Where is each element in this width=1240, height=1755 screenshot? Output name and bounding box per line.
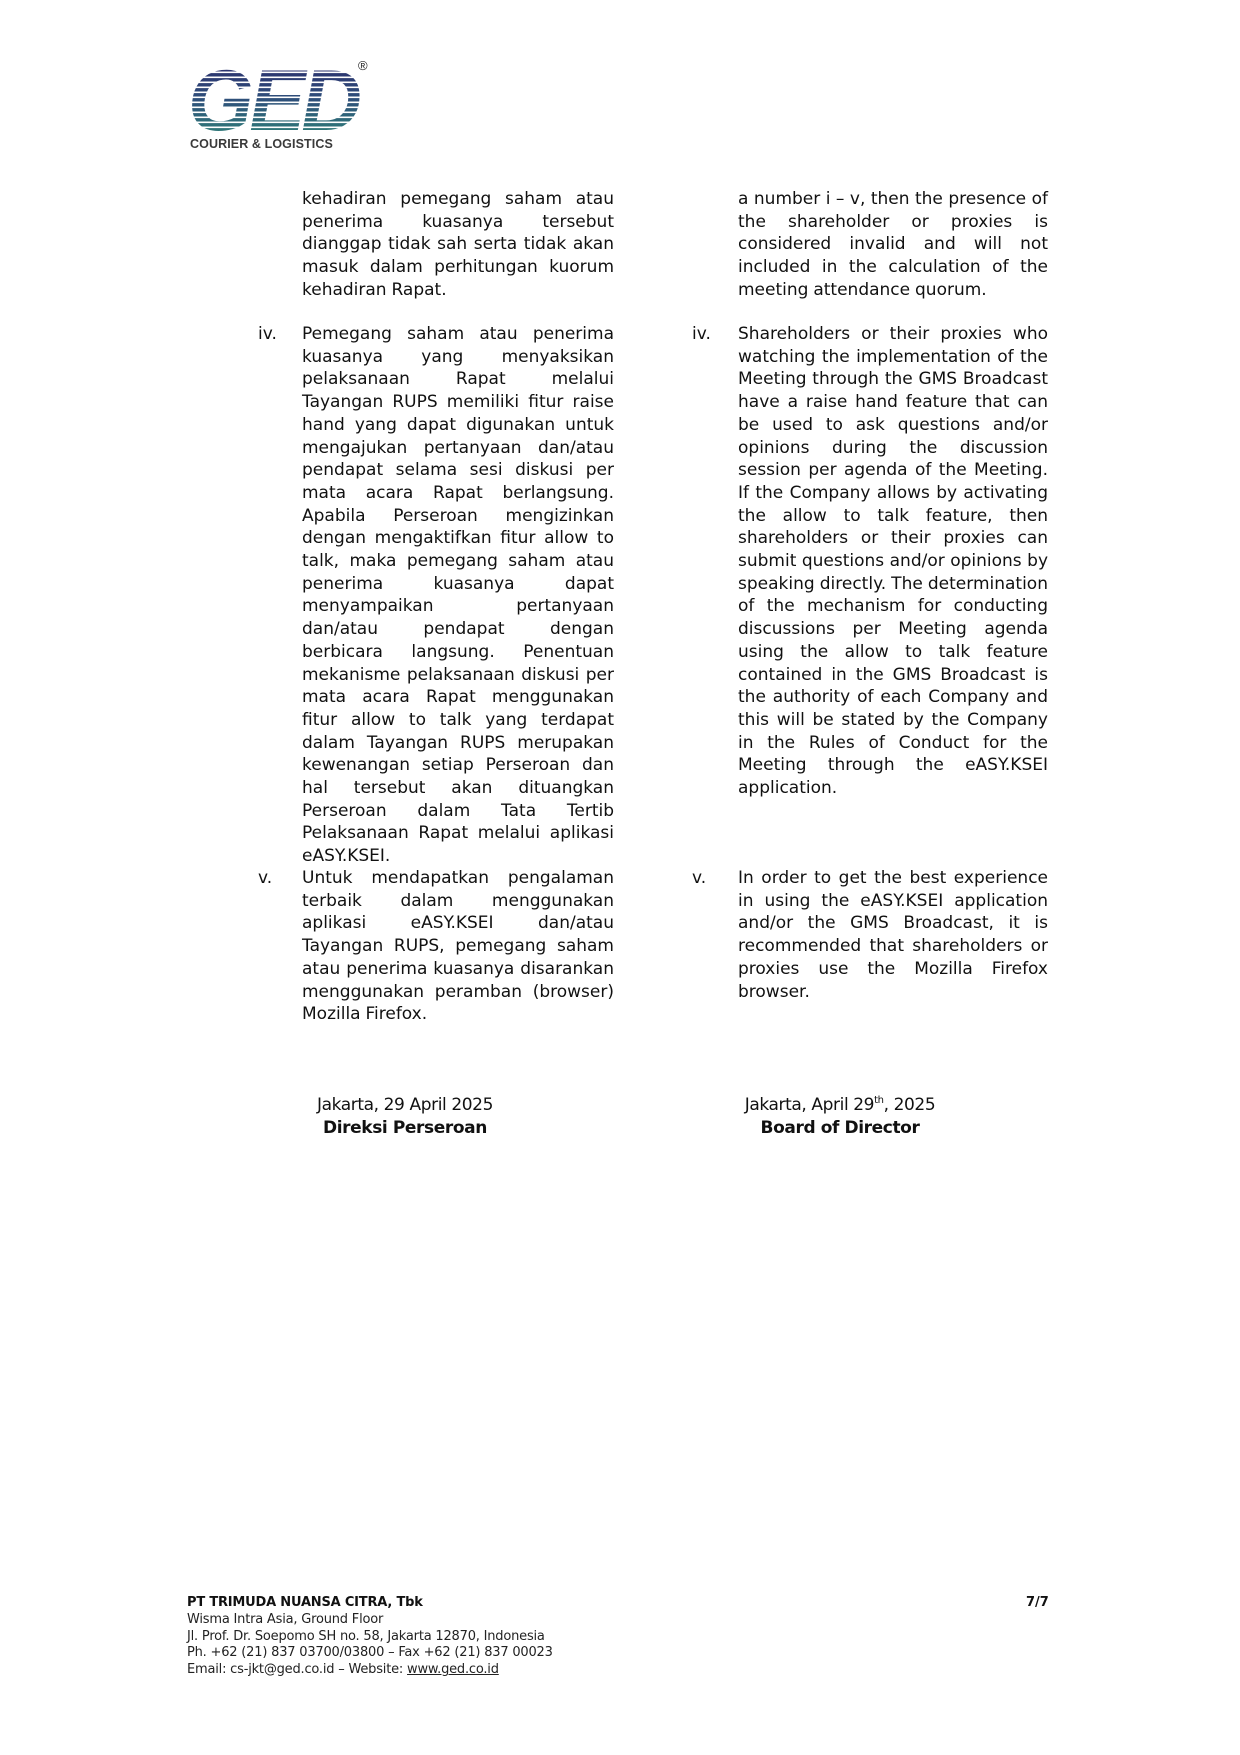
- date-suffix: th: [874, 1095, 883, 1106]
- logo-caption: COURIER & LOGISTICS: [190, 137, 333, 151]
- signature-place: Jakarta, April 29: [745, 1095, 874, 1115]
- signature-place-date: Jakarta, April 29th, 2025: [720, 1094, 960, 1117]
- ged-logo-icon: GED: [186, 58, 366, 138]
- registered-trademark-mark: ®: [358, 58, 368, 73]
- item-text: In order to get the best experience in u…: [738, 867, 1048, 1003]
- item-text: a number i – v, then the presence of the…: [738, 188, 1048, 302]
- item-text: Shareholders or their proxies who watchi…: [738, 323, 1048, 800]
- footer-email: Email: cs-jkt@ged.co.id – Website:: [187, 1662, 407, 1677]
- signature-place-date: Jakarta, 29 April 2025: [290, 1094, 520, 1117]
- footer-address-line2: Jl. Prof. Dr. Soepomo SH no. 58, Jakarta…: [187, 1629, 553, 1646]
- item-text: Untuk mendapatkan pengalaman terbaik dal…: [302, 867, 614, 1026]
- item-number: iv.: [692, 323, 711, 346]
- footer-phone-fax: Ph. +62 (21) 837 03700/03800 – Fax +62 (…: [187, 1645, 553, 1662]
- website-link[interactable]: www.ged.co.id: [407, 1662, 499, 1677]
- footer-address-line1: Wisma Intra Asia, Ground Floor: [187, 1612, 553, 1629]
- item-number: iv.: [258, 323, 277, 346]
- item-number: v.: [258, 867, 272, 890]
- footer-company-name: PT TRIMUDA NUANSA CITRA, Tbk: [187, 1595, 553, 1612]
- signature-year: , 2025: [884, 1095, 936, 1115]
- item-text: kehadiran pemegang saham atau penerima k…: [302, 188, 614, 302]
- footer-contact: Email: cs-jkt@ged.co.id – Website: www.g…: [187, 1662, 553, 1679]
- signature-block-right: Jakarta, April 29th, 2025 Board of Direc…: [720, 1094, 960, 1140]
- item-number: v.: [692, 867, 706, 890]
- signatory-title: Board of Director: [720, 1117, 960, 1140]
- page-footer: PT TRIMUDA NUANSA CITRA, Tbk Wisma Intra…: [187, 1595, 553, 1679]
- signatory-title: Direksi Perseroan: [290, 1117, 520, 1140]
- signature-block-left: Jakarta, 29 April 2025 Direksi Perseroan: [290, 1094, 520, 1140]
- item-text: Pemegang saham atau penerima kuasanya ya…: [302, 323, 614, 868]
- page-number: 7/7: [1026, 1595, 1049, 1610]
